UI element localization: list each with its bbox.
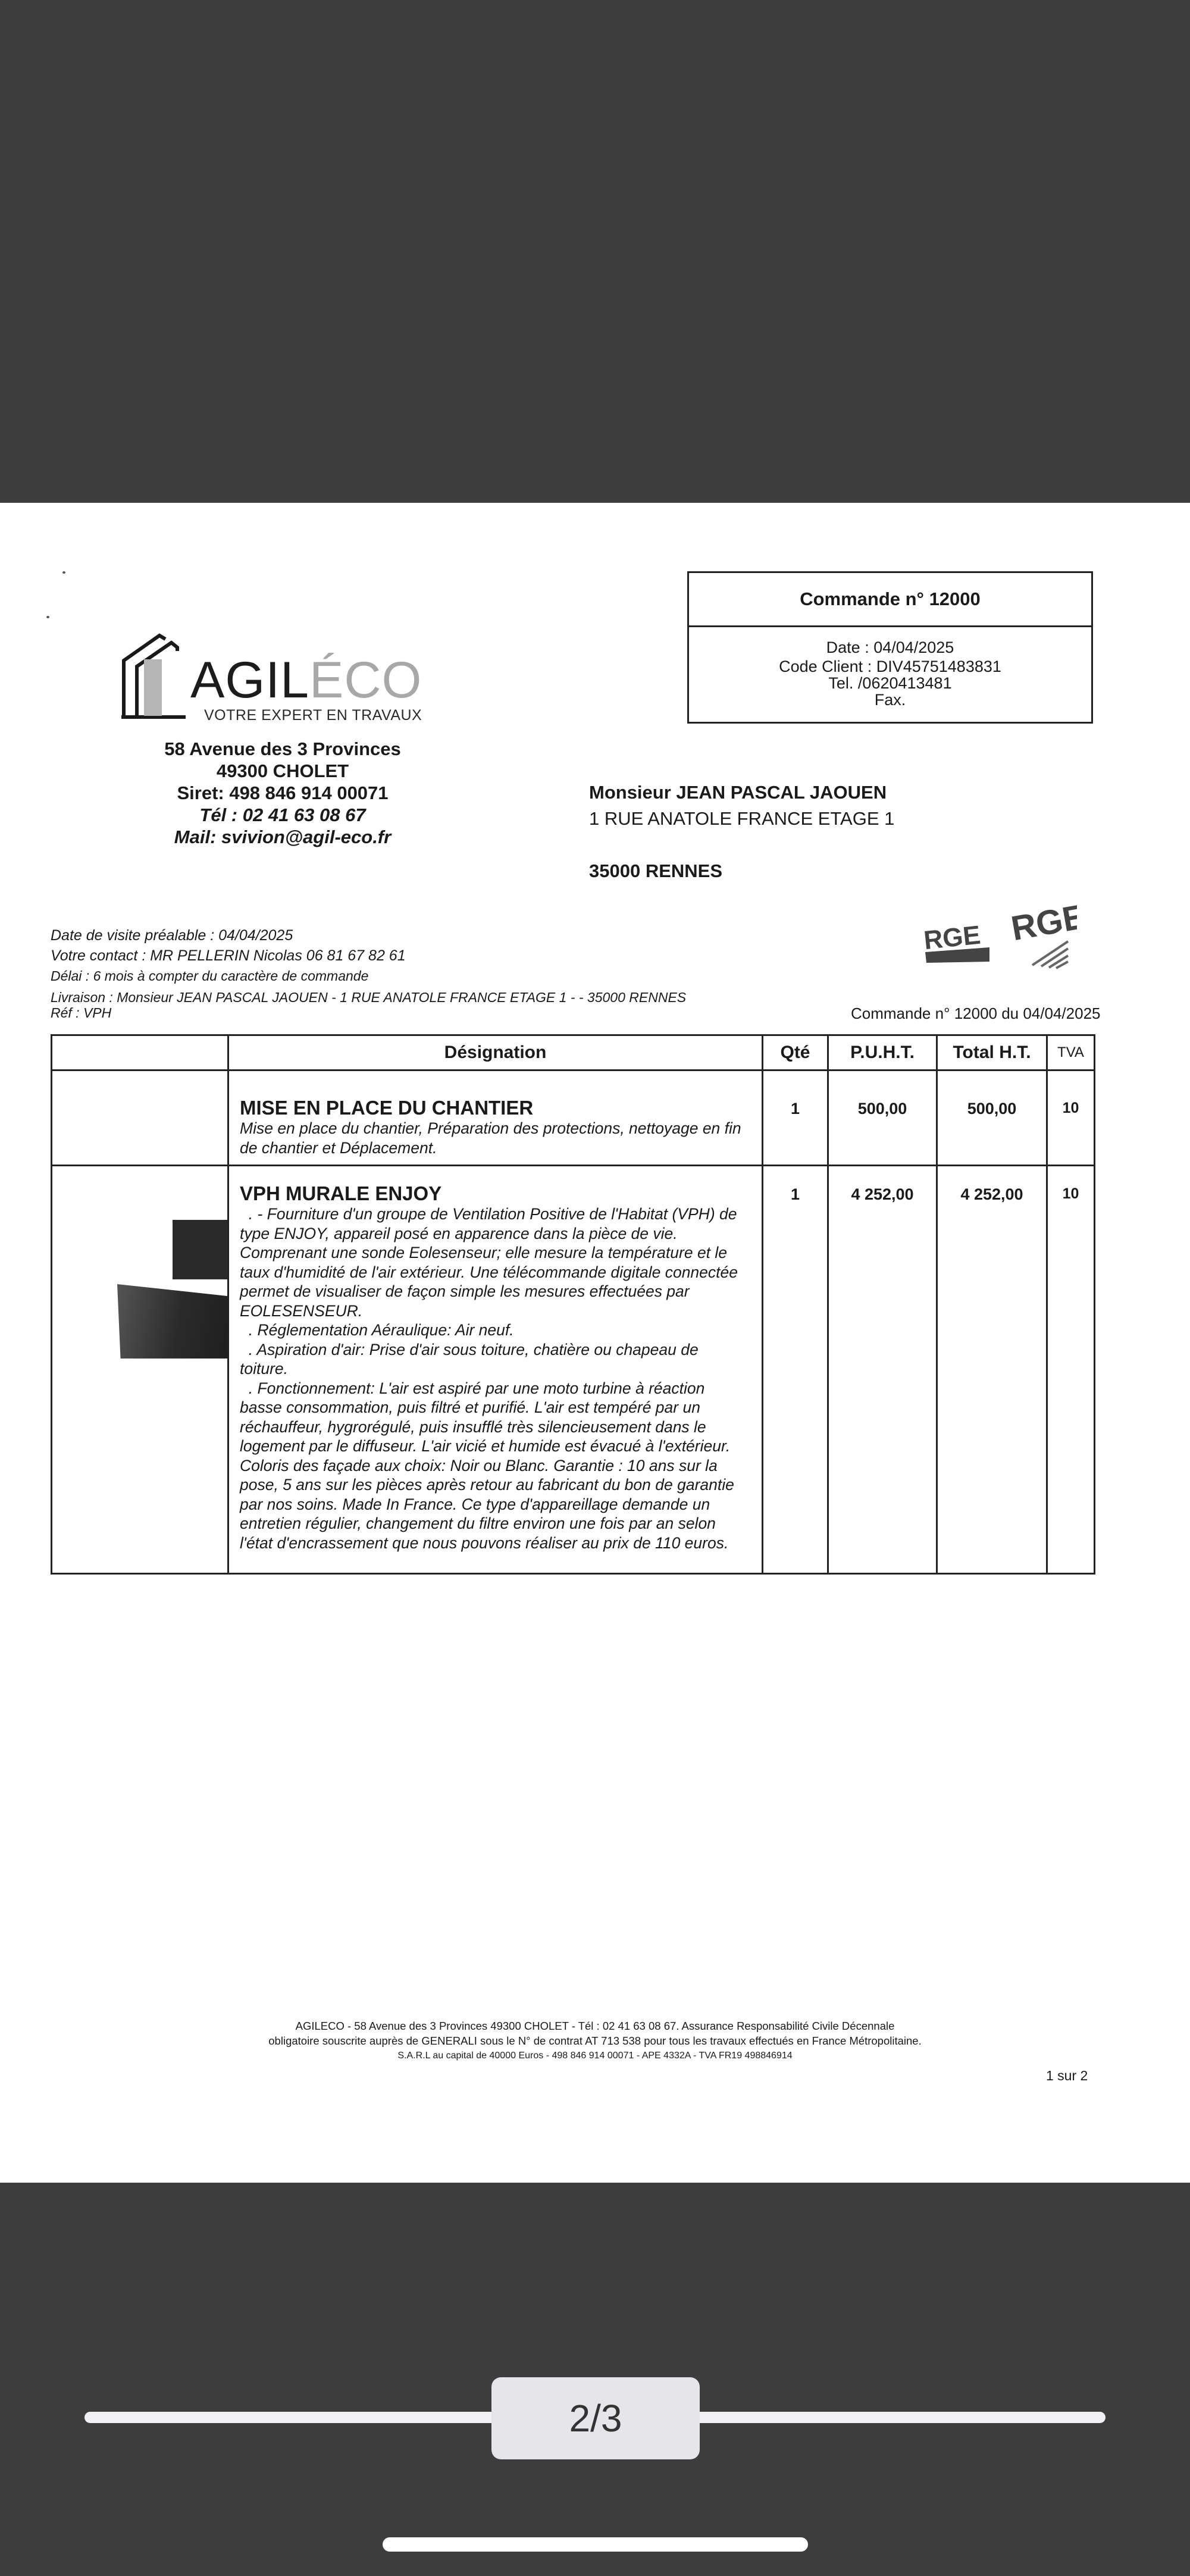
item-unit-price: 4 252,00 [828, 1166, 937, 1574]
page-scrubber-thumb[interactable]: 2/3 [491, 2377, 700, 2459]
client-fax: Fax. [689, 690, 1091, 709]
footer-line: S.A.R.L au capital de 40000 Euros - 498 … [149, 2048, 1041, 2063]
item-tva: 10 [1047, 1071, 1095, 1166]
col-header-qty: Qté [763, 1035, 828, 1071]
col-header-unit-price: P.U.H.T. [828, 1035, 937, 1071]
company-city: 49300 CHOLET [107, 760, 458, 782]
company-siret: Siret: 498 846 914 00071 [107, 782, 458, 804]
col-header-total: Total H.T. [937, 1035, 1047, 1071]
logo-wordmark: AGILÉCO [190, 655, 422, 706]
product-image [173, 1220, 227, 1279]
scan-speck [62, 571, 65, 574]
item-qty: 1 [763, 1071, 828, 1166]
order-date: Date : 04/04/2025 [689, 638, 1091, 657]
order-meta: Date de visite préalable : 04/04/2025 Vo… [51, 925, 686, 1021]
document-footer: AGILECO - 58 Avenue des 3 Provinces 4930… [149, 2018, 1041, 2063]
viewer-top-bar [0, 0, 1190, 503]
order-number-title: Commande n° 12000 [689, 573, 1091, 627]
footer-line: AGILECO - 58 Avenue des 3 Provinces 4930… [149, 2018, 1041, 2033]
recipient-name: Monsieur JEAN PASCAL JAOUEN [589, 780, 894, 806]
item-unit-price: 500,00 [828, 1071, 937, 1166]
item-total: 500,00 [937, 1071, 1047, 1166]
order-items-table: Désignation Qté P.U.H.T. Total H.T. TVA … [51, 1034, 1095, 1575]
table-row: VPH MURALE ENJOY . - Fourniture d'un gro… [52, 1166, 1095, 1574]
item-title: MISE EN PLACE DU CHANTIER [240, 1097, 750, 1119]
item-image-cell [52, 1166, 228, 1574]
document-page: Commande n° 12000 Date : 04/04/2025 Code… [0, 503, 1190, 2183]
col-header-image [52, 1035, 228, 1071]
home-indicator[interactable] [383, 2537, 808, 2552]
item-image-cell [52, 1071, 228, 1166]
company-address-block: 58 Avenue des 3 Provinces 49300 CHOLET S… [107, 738, 458, 848]
scan-speck [46, 616, 49, 618]
item-total: 4 252,00 [937, 1166, 1047, 1574]
recipient-street: 1 RUE ANATOLE FRANCE ETAGE 1 [589, 806, 894, 832]
delivery-info: Livraison : Monsieur JEAN PASCAL JAOUEN … [51, 990, 686, 1005]
item-description: . - Fourniture d'un groupe de Ventilatio… [240, 1204, 750, 1553]
col-header-designation: Désignation [228, 1035, 763, 1071]
order-reference-line: Commande n° 12000 du 04/04/2025 [851, 1004, 1101, 1023]
page-number: 1 sur 2 [1046, 2068, 1088, 2084]
recipient-city: 35000 RENNES [589, 858, 894, 884]
svg-text:RGE: RGE [1009, 899, 1077, 948]
product-image [117, 1284, 227, 1359]
item-tva: 10 [1047, 1166, 1095, 1574]
table-header-row: Désignation Qté P.U.H.T. Total H.T. TVA [52, 1035, 1095, 1071]
item-title: VPH MURALE ENJOY [240, 1183, 750, 1204]
logo-tagline: VOTRE EXPERT EN TRAVAUX [204, 707, 422, 724]
house-logo-icon [119, 631, 196, 720]
col-header-tva: TVA [1047, 1035, 1095, 1071]
contact-info: Votre contact : MR PELLERIN Nicolas 06 8… [51, 946, 686, 966]
item-description: Mise en place du chantier, Préparation d… [240, 1119, 750, 1157]
visit-date: Date de visite préalable : 04/04/2025 [51, 925, 686, 946]
company-logo: AGILÉCO VOTRE EXPERT EN TRAVAUX [119, 631, 452, 726]
delay-info: Délai : 6 mois à compter du caractère de… [51, 968, 686, 984]
company-mail: Mail: svivion@agil-eco.fr [107, 826, 458, 848]
order-info-box: Commande n° 12000 Date : 04/04/2025 Code… [687, 571, 1093, 724]
rge-certification-icon: RGE [1009, 899, 1077, 970]
footer-line: obligatoire souscrite auprès de GENERALI… [149, 2033, 1041, 2048]
table-row: MISE EN PLACE DU CHANTIER Mise en place … [52, 1071, 1095, 1166]
reference-info: Réf : VPH [51, 1005, 686, 1021]
recipient-address-block: Monsieur JEAN PASCAL JAOUEN 1 RUE ANATOL… [589, 780, 894, 884]
rge-certification-icon: RGE [919, 916, 997, 964]
company-tel: Tél : 02 41 63 08 67 [107, 804, 458, 826]
item-qty: 1 [763, 1166, 828, 1574]
company-address-line: 58 Avenue des 3 Provinces [107, 738, 458, 760]
